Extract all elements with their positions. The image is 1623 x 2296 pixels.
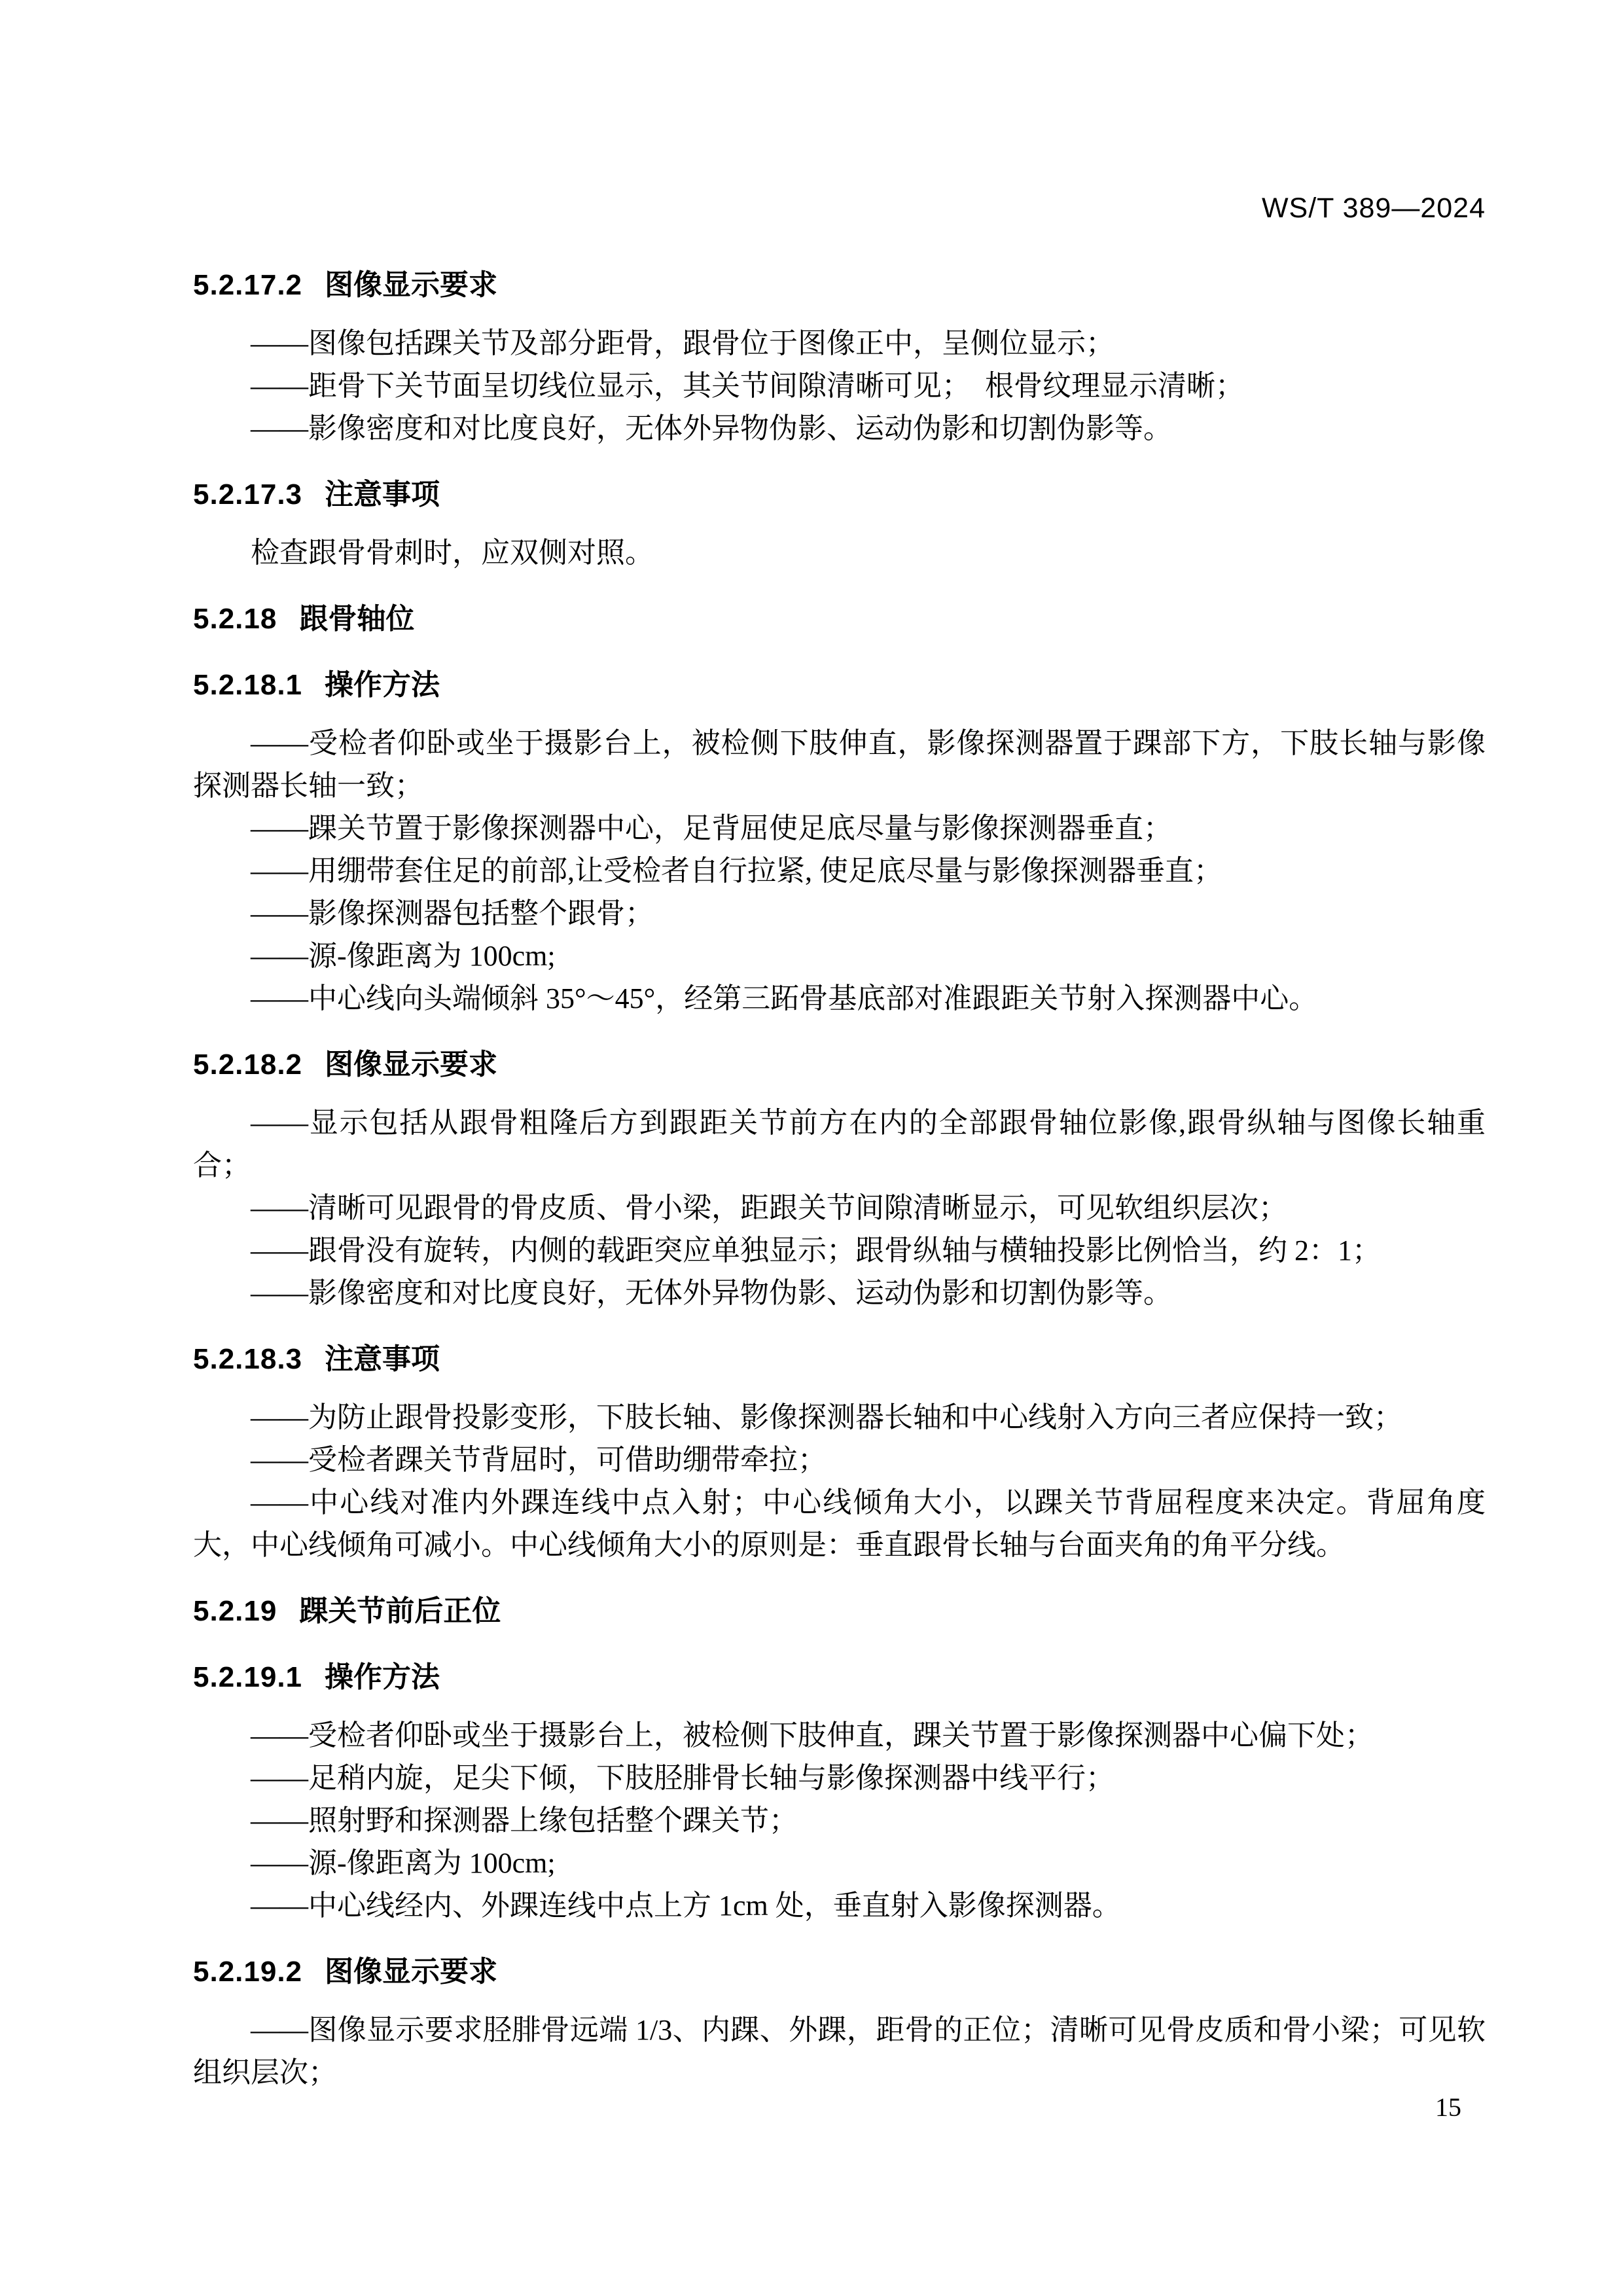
section-number: 5.2.18.3: [193, 1338, 302, 1380]
section-heading-5-2-18-2: 5.2.18.2图像显示要求: [193, 1043, 1486, 1086]
list-item: ——清晰可见跟骨的骨皮质、骨小梁，距跟关节间隙清晰显示，可见软组织层次；: [193, 1187, 1486, 1229]
section-title: 操作方法: [325, 1661, 440, 1693]
list-item: ——中心线对准内外踝连线中点入射；中心线倾角大小，以踝关节背屈程度来决定。背屈角…: [193, 1481, 1486, 1566]
list-item: ——中心线向头端倾斜 35°～45°，经第三跖骨基底部对准跟距关节射入探测器中心…: [193, 977, 1486, 1020]
section-heading-5-2-19-1: 5.2.19.1操作方法: [193, 1656, 1486, 1698]
list-item: ——受检者仰卧或坐于摄影台上，被检侧下肢伸直，踝关节置于影像探测器中心偏下处；: [193, 1714, 1486, 1757]
section-number: 5.2.19: [193, 1590, 277, 1632]
section-number: 5.2.18: [193, 598, 277, 640]
list-item: ——受检者踝关节背屈时，可借助绷带牵拉；: [193, 1439, 1486, 1481]
section-title: 注意事项: [325, 1343, 440, 1375]
list-item: ——跟骨没有旋转，内侧的载距突应单独显示；跟骨纵轴与横轴投影比例恰当，约 2：1…: [193, 1229, 1486, 1272]
list-item: ——影像探测器包括整个跟骨；: [193, 892, 1486, 935]
dash-list: ——受检者仰卧或坐于摄影台上，被检侧下肢伸直，影像探测器置于踝部下方，下肢长轴与…: [193, 722, 1486, 1020]
section-heading-5-2-19-2: 5.2.19.2图像显示要求: [193, 1950, 1486, 1993]
section-heading-5-2-18: 5.2.18跟骨轴位: [193, 598, 1486, 640]
section-number: 5.2.18.2: [193, 1043, 302, 1086]
section-number: 5.2.17.3: [193, 473, 302, 516]
section-title: 注意事项: [325, 478, 440, 511]
list-item: ——源-像距离为 100cm;: [193, 935, 1486, 977]
list-item: ——源-像距离为 100cm;: [193, 1842, 1486, 1884]
list-item: ——受检者仰卧或坐于摄影台上，被检侧下肢伸直，影像探测器置于踝部下方，下肢长轴与…: [193, 722, 1486, 807]
section-number: 5.2.18.1: [193, 664, 302, 706]
section-number: 5.2.19.1: [193, 1656, 302, 1698]
list-item: ——图像包括踝关节及部分距骨，跟骨位于图像正中，呈侧位显示；: [193, 322, 1486, 365]
list-item: ——影像密度和对比度良好，无体外异物伪影、运动伪影和切割伪影等。: [193, 407, 1486, 450]
body-paragraph: 检查跟骨骨刺时，应双侧对照。: [193, 531, 1486, 574]
page-number: 15: [193, 2094, 1461, 2121]
section-heading-5-2-17-2: 5.2.17.2图像显示要求: [193, 264, 1486, 306]
section-heading-5-2-18-3: 5.2.18.3注意事项: [193, 1338, 1486, 1380]
dash-list: ——受检者仰卧或坐于摄影台上，被检侧下肢伸直，踝关节置于影像探测器中心偏下处； …: [193, 1714, 1486, 1927]
document-body: 5.2.17.2图像显示要求 ——图像包括踝关节及部分距骨，跟骨位于图像正中，呈…: [193, 264, 1486, 2094]
dash-list: ——为防止跟骨投影变形，下肢长轴、影像探测器长轴和中心线射入方向三者应保持一致；…: [193, 1396, 1486, 1566]
list-item: ——距骨下关节面呈切线位显示，其关节间隙清晰可见； 根骨纹理显示清晰；: [193, 365, 1486, 407]
list-item: ——显示包括从跟骨粗隆后方到跟距关节前方在内的全部跟骨轴位影像,跟骨纵轴与图像长…: [193, 1102, 1486, 1187]
section-heading-5-2-18-1: 5.2.18.1操作方法: [193, 664, 1486, 706]
list-item: ——为防止跟骨投影变形，下肢长轴、影像探测器长轴和中心线射入方向三者应保持一致；: [193, 1396, 1486, 1439]
dash-list: ——图像显示要求胫腓骨远端 1/3、内踝、外踝，距骨的正位；清晰可见骨皮质和骨小…: [193, 2009, 1486, 2094]
section-heading-5-2-17-3: 5.2.17.3注意事项: [193, 473, 1486, 516]
document-page: WS/T 389—2024 5.2.17.2图像显示要求 ——图像包括踝关节及部…: [0, 0, 1623, 2296]
dash-list: ——显示包括从跟骨粗隆后方到跟距关节前方在内的全部跟骨轴位影像,跟骨纵轴与图像长…: [193, 1102, 1486, 1314]
standard-code-header: WS/T 389—2024: [193, 194, 1486, 223]
list-item: ——用绷带套住足的前部,让受检者自行拉紧, 使足底尽量与影像探测器垂直；: [193, 850, 1486, 892]
list-item: ——图像显示要求胫腓骨远端 1/3、内踝、外踝，距骨的正位；清晰可见骨皮质和骨小…: [193, 2009, 1486, 2094]
dash-list: ——图像包括踝关节及部分距骨，跟骨位于图像正中，呈侧位显示； ——距骨下关节面呈…: [193, 322, 1486, 450]
section-title: 图像显示要求: [325, 1049, 497, 1081]
list-item: ——足稍内旋，足尖下倾，下肢胫腓骨长轴与影像探测器中线平行；: [193, 1757, 1486, 1799]
section-title: 图像显示要求: [325, 269, 497, 301]
section-title: 图像显示要求: [325, 1956, 497, 1988]
list-item: ——影像密度和对比度良好，无体外异物伪影、运动伪影和切割伪影等。: [193, 1272, 1486, 1314]
section-heading-5-2-19: 5.2.19踝关节前后正位: [193, 1590, 1486, 1632]
section-title: 踝关节前后正位: [299, 1595, 501, 1627]
list-item: ——踝关节置于影像探测器中心，足背屈使足底尽量与影像探测器垂直；: [193, 807, 1486, 850]
list-item: ——中心线经内、外踝连线中点上方 1cm 处，垂直射入影像探测器。: [193, 1884, 1486, 1927]
section-number: 5.2.17.2: [193, 264, 302, 306]
list-item: ——照射野和探测器上缘包括整个踝关节；: [193, 1799, 1486, 1842]
section-title: 跟骨轴位: [299, 603, 414, 635]
section-title: 操作方法: [325, 669, 440, 701]
section-number: 5.2.19.2: [193, 1950, 302, 1993]
